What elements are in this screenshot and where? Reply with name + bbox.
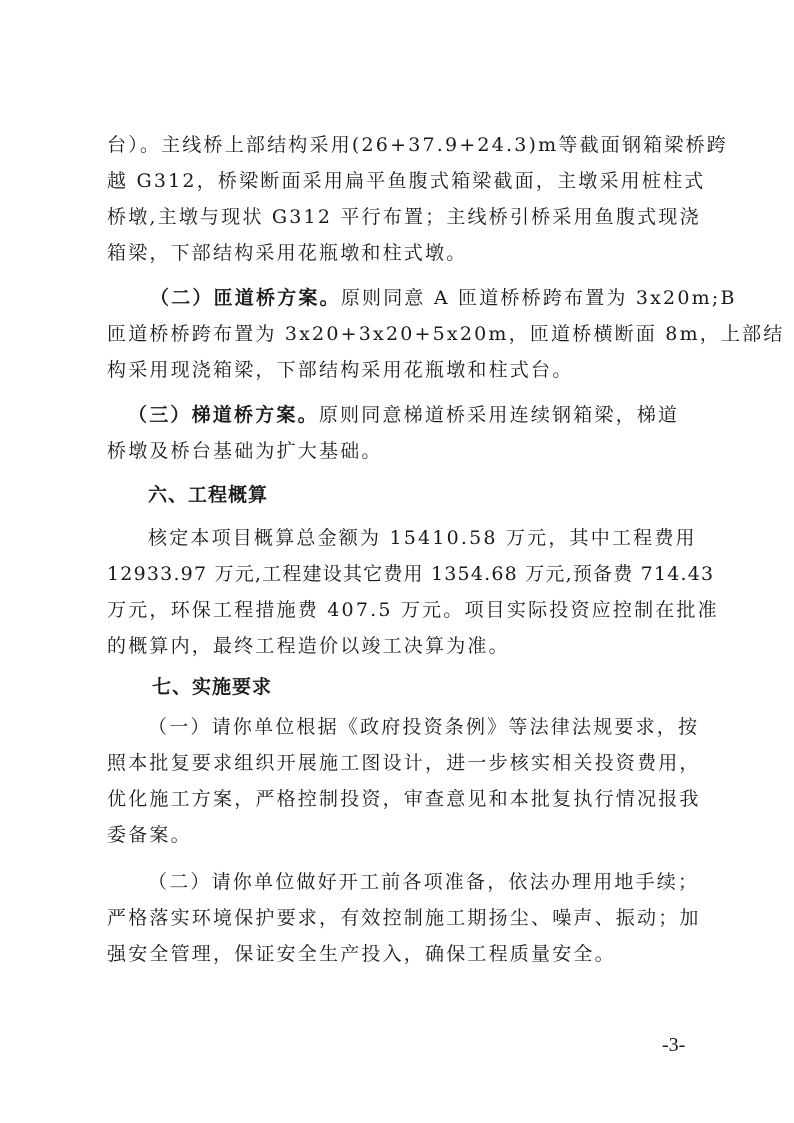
paragraph-line: （二）匝道桥方案。原则同意 A 匝道桥桥跨布置为 3x20m;B xyxy=(150,286,697,310)
bold-lead: （三）梯道桥方案。 xyxy=(128,404,319,426)
paragraph-text: 原则同意梯道桥采用连续钢箱梁，梯道 xyxy=(319,404,679,426)
paragraph-line: 桥墩,主墩与现状 G312 平行布置；主线桥引桥采用鱼腹式现浇 xyxy=(107,205,697,229)
paragraph-line: 的概算内，最终工程造价以竣工决算为准。 xyxy=(107,634,697,658)
paragraph-line: 台）。主线桥上部结构采用(26+37.9+24.3)m等截面钢箱梁桥跨 xyxy=(107,133,697,157)
paragraph-line: 桥墩及桥台基础为扩大基础。 xyxy=(107,439,697,463)
paragraph-line: 匝道桥桥跨布置为 3x20+3x20+5x20m，匝道桥横断面 8m，上部结 xyxy=(107,322,697,346)
paragraph-line: （二）请你单位做好开工前各项准备，依法办理用地手续； xyxy=(148,870,697,894)
paragraph-line: 委备案。 xyxy=(107,823,697,847)
paragraph-line: 构采用现浇箱梁，下部结构采用花瓶墩和柱式台。 xyxy=(107,358,697,382)
paragraph-line: 核定本项目概算总金额为 15410.58 万元，其中工程费用 xyxy=(148,526,697,550)
section-heading: 七、实施要求 xyxy=(152,675,742,699)
document-page: 台）。主线桥上部结构采用(26+37.9+24.3)m等截面钢箱梁桥跨 越 G3… xyxy=(0,0,794,1123)
section-heading: 六、工程概算 xyxy=(148,483,738,507)
paragraph-line: （三）梯道桥方案。原则同意梯道桥采用连续钢箱梁，梯道 xyxy=(128,403,697,427)
paragraph-line: 严格落实环境保护要求，有效控制施工期扬尘、噪声、振动；加 xyxy=(107,906,697,930)
paragraph-line: （一）请你单位根据《政府投资条例》等法律法规要求，按 xyxy=(148,715,697,739)
paragraph-line: 优化施工方案，严格控制投资，审查意见和本批复执行情况报我 xyxy=(107,787,697,811)
paragraph-line: 强安全管理，保证安全生产投入，确保工程质量安全。 xyxy=(107,942,697,966)
bold-lead: （二）匝道桥方案。 xyxy=(150,287,341,309)
paragraph-text: 原则同意 A 匝道桥桥跨布置为 3x20m;B xyxy=(341,287,737,309)
paragraph-line: 箱梁，下部结构采用花瓶墩和柱式墩。 xyxy=(107,241,697,265)
paragraph-line: 12933.97 万元,工程建设其它费用 1354.68 万元,预备费 714.… xyxy=(107,562,697,586)
paragraph-line: 越 G312，桥梁断面采用扁平鱼腹式箱梁截面，主墩采用桩柱式 xyxy=(107,169,697,193)
page-number: -3- xyxy=(662,1034,685,1057)
paragraph-line: 万元，环保工程措施费 407.5 万元。项目实际投资应控制在批准 xyxy=(107,598,697,622)
paragraph-line: 照本批复要求组织开展施工图设计，进一步核实相关投资费用， xyxy=(107,751,697,775)
